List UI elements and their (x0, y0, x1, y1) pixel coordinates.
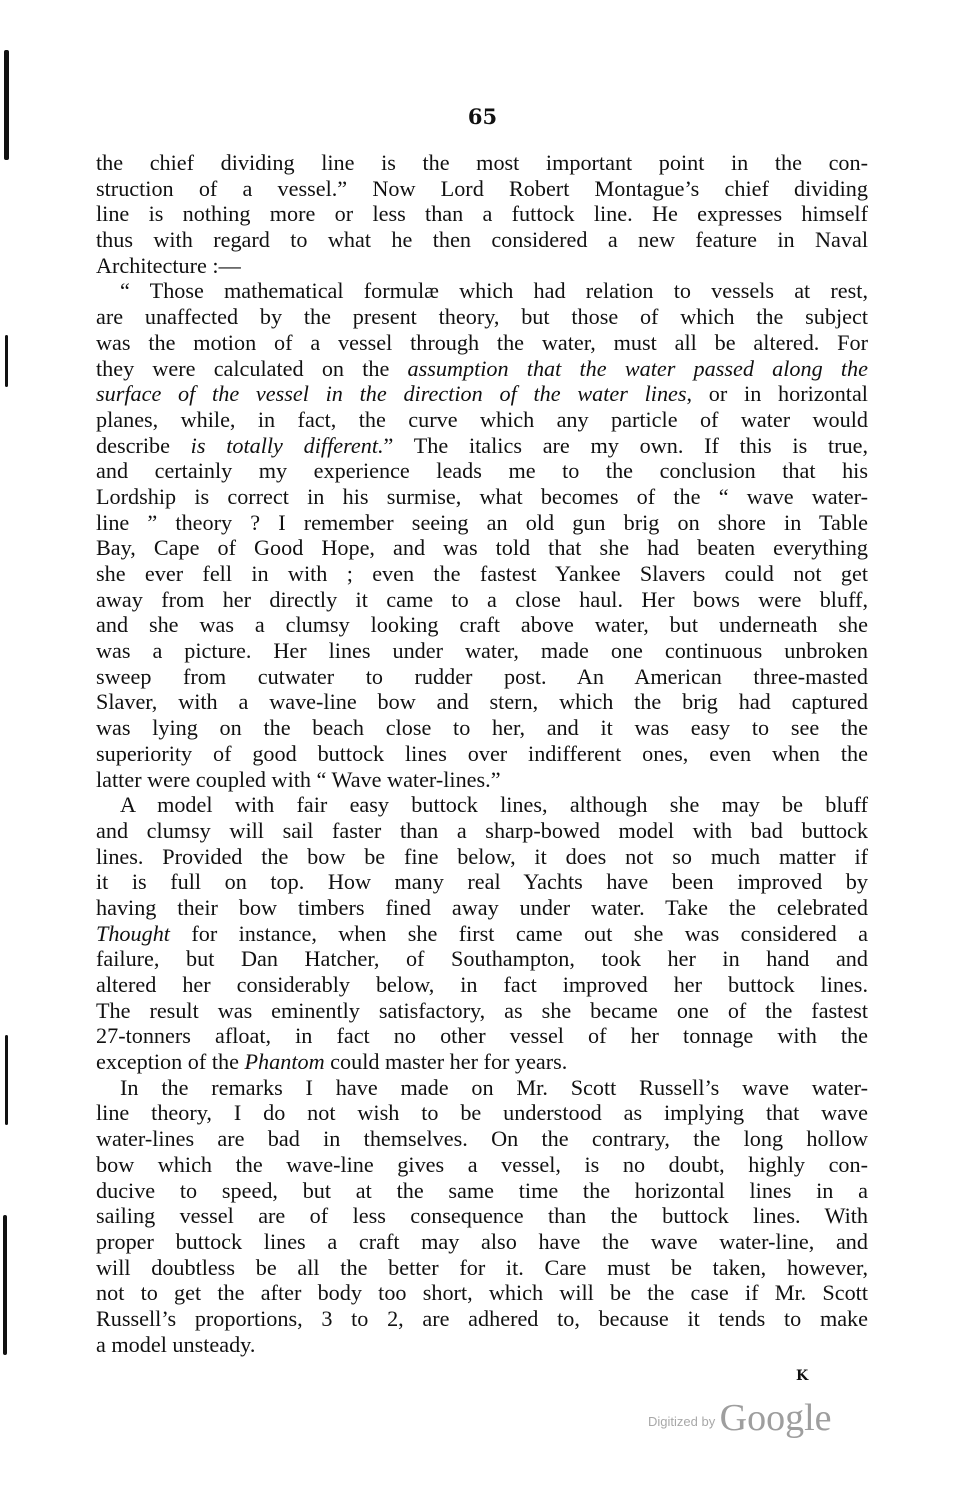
italic-text: assumption that the water passed along t… (408, 356, 868, 381)
text-line: and clumsy will sail faster than a sharp… (96, 818, 868, 844)
italic-text: surface of the vessel in the direction o… (96, 381, 687, 406)
text-line: surface of the vessel in the direction o… (96, 381, 868, 407)
text-span: struction of a vessel.” Now Lord Robert … (96, 176, 868, 201)
text-line: line ” theory ? I remember seeing an old… (96, 510, 868, 536)
text-line: superiority of good buttock lines over i… (96, 741, 868, 767)
italic-text: Phantom (244, 1049, 324, 1074)
text-span: sweep from cutwater to rudder post. An A… (96, 664, 868, 689)
text-span: it is full on top. How many real Yachts … (96, 869, 868, 894)
text-span: Slaver, with a wave-line bow and stern, … (96, 689, 868, 714)
text-line: proper buttock lines a craft may also ha… (96, 1229, 868, 1255)
text-span: and she was a clumsy looking craft above… (96, 612, 868, 637)
text-line: will doubtless be all the better for it.… (96, 1255, 868, 1281)
text-line: thus with regard to what he then conside… (96, 227, 868, 253)
page-number: 65 (0, 104, 965, 129)
text-line: a model unsteady. (96, 1332, 868, 1358)
text-line: and certainly my experience leads me to … (96, 458, 868, 484)
text-span: bow which the wave-line gives a vessel, … (96, 1152, 868, 1177)
text-line: line theory, I do not wish to be underst… (96, 1100, 868, 1126)
text-span: altered her considerably below, in fact … (96, 972, 868, 997)
watermark-prefix: Digitized by (648, 1414, 715, 1429)
text-span: ” The italics are my own. If this is tru… (384, 433, 868, 458)
text-line: bow which the wave-line gives a vessel, … (96, 1152, 868, 1178)
text-span: Russell’s proportions, 3 to 2, are adher… (96, 1306, 868, 1331)
scan-margin-mark (5, 335, 8, 387)
text-line: altered her considerably below, in fact … (96, 972, 868, 998)
text-span: away from her directly it came to a clos… (96, 587, 868, 612)
text-line: A model with fair easy buttock lines, al… (96, 792, 868, 818)
text-span: sailing vessel are of less consequence t… (96, 1203, 868, 1228)
signature-mark: K (796, 1368, 808, 1384)
text-span: and certainly my experience leads me to … (96, 458, 868, 483)
text-span: they were calculated on the (96, 356, 408, 381)
text-line: water-lines are bad in themselves. On th… (96, 1126, 868, 1152)
text-span: the chief dividing line is the most impo… (96, 150, 868, 175)
text-span: line theory, I do not wish to be underst… (96, 1100, 868, 1125)
text-span: exception of the (96, 1049, 244, 1074)
text-line: Architecture :— (96, 253, 868, 279)
text-span: “ Those mathematical formulæ which had r… (120, 278, 868, 303)
text-line: was the motion of a vessel through the w… (96, 330, 868, 356)
text-line: it is full on top. How many real Yachts … (96, 869, 868, 895)
text-line: 27-tonners afloat, in fact no other vess… (96, 1023, 868, 1049)
text-span: line ” theory ? I remember seeing an old… (96, 510, 868, 535)
text-line: sweep from cutwater to rudder post. An A… (96, 664, 868, 690)
text-line: Slaver, with a wave-line bow and stern, … (96, 689, 868, 715)
text-span: was a picture. Her lines under water, ma… (96, 638, 868, 663)
text-line: was lying on the beach close to her, and… (96, 715, 868, 741)
text-span: Lordship is correct in his surmise, what… (96, 484, 868, 509)
text-span: proper buttock lines a craft may also ha… (96, 1229, 868, 1254)
text-line: Lordship is correct in his surmise, what… (96, 484, 868, 510)
text-span: water-lines are bad in themselves. On th… (96, 1126, 868, 1151)
text-line: lines. Provided the bow be fine below, i… (96, 844, 868, 870)
text-span: failure, but Dan Hatcher, of Southampton… (96, 946, 868, 971)
text-line: The result was eminently satisfactory, a… (96, 998, 868, 1024)
text-line: away from her directly it came to a clos… (96, 587, 868, 613)
text-span: planes, while, in fact, the curve which … (96, 407, 868, 432)
text-line: they were calculated on the assumption t… (96, 356, 868, 382)
watermark-brand: Google (720, 1397, 832, 1439)
text-line: Russell’s proportions, 3 to 2, are adher… (96, 1306, 868, 1332)
text-span: 27-tonners afloat, in fact no other vess… (96, 1023, 868, 1048)
text-line: struction of a vessel.” Now Lord Robert … (96, 176, 868, 202)
text-span: a model unsteady. (96, 1332, 255, 1357)
text-line: and she was a clumsy looking craft above… (96, 612, 868, 638)
text-line: planes, while, in fact, the curve which … (96, 407, 868, 433)
text-line: she ever fell in with ; even the fastest… (96, 561, 868, 587)
text-span: thus with regard to what he then conside… (96, 227, 868, 252)
scan-margin-mark (5, 1035, 8, 1125)
scan-margin-mark (3, 1215, 7, 1355)
text-line: Bay, Cape of Good Hope, and was told tha… (96, 535, 868, 561)
text-line: ducive to speed, but at the same time th… (96, 1178, 868, 1204)
text-span: latter were coupled with “ Wave water-li… (96, 767, 501, 792)
text-span: Bay, Cape of Good Hope, and was told tha… (96, 535, 868, 560)
text-line: failure, but Dan Hatcher, of Southampton… (96, 946, 868, 972)
text-line: In the remarks I have made on Mr. Scott … (96, 1075, 868, 1101)
text-span: superiority of good buttock lines over i… (96, 741, 868, 766)
text-span: she ever fell in with ; even the fastest… (96, 561, 868, 586)
text-span: could master her for years. (325, 1049, 568, 1074)
text-line: line is nothing more or less than a futt… (96, 201, 868, 227)
text-line: exception of the Phantom could master he… (96, 1049, 868, 1075)
text-span: not to get the after body too short, whi… (96, 1280, 868, 1305)
text-line: was a picture. Her lines under water, ma… (96, 638, 868, 664)
text-span: lines. Provided the bow be fine below, i… (96, 844, 868, 869)
body-text: the chief dividing line is the most impo… (96, 150, 868, 1357)
text-line: “ Those mathematical formulæ which had r… (96, 278, 868, 304)
text-span: ducive to speed, but at the same time th… (96, 1178, 868, 1203)
italic-text: is totally different. (191, 433, 384, 458)
italic-text: Thought (96, 921, 170, 946)
digitized-by-google-watermark: Digitized by Google (648, 1396, 832, 1440)
text-span: and clumsy will sail faster than a sharp… (96, 818, 868, 843)
text-line: having their bow timbers fined away unde… (96, 895, 868, 921)
text-span: are unaffected by the present theory, bu… (96, 304, 868, 329)
text-span: , or in horizontal (687, 381, 868, 406)
text-span: line is nothing more or less than a futt… (96, 201, 868, 226)
text-line: Thought for instance, when she first cam… (96, 921, 868, 947)
text-span: describe (96, 433, 191, 458)
text-span: was lying on the beach close to her, and… (96, 715, 868, 740)
text-line: latter were coupled with “ Wave water-li… (96, 767, 868, 793)
text-span: will doubtless be all the better for it.… (96, 1255, 868, 1280)
text-line: the chief dividing line is the most impo… (96, 150, 868, 176)
text-line: are unaffected by the present theory, bu… (96, 304, 868, 330)
text-line: sailing vessel are of less consequence t… (96, 1203, 868, 1229)
text-span: The result was eminently satisfactory, a… (96, 998, 868, 1023)
text-span: A model with fair easy buttock lines, al… (120, 792, 868, 817)
text-span: was the motion of a vessel through the w… (96, 330, 868, 355)
text-span: having their bow timbers fined away unde… (96, 895, 868, 920)
text-line: describe is totally different.” The ital… (96, 433, 868, 459)
text-line: not to get the after body too short, whi… (96, 1280, 868, 1306)
text-span: In the remarks I have made on Mr. Scott … (120, 1075, 868, 1100)
text-span: Architecture :— (96, 253, 241, 278)
text-span: for instance, when she first came out sh… (170, 921, 868, 946)
